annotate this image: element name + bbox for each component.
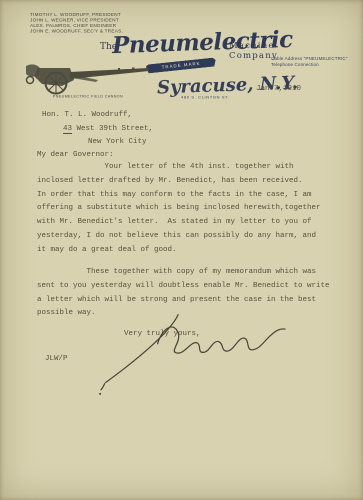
- officer-line: JOHN E. WOODRUFF, SEC'Y & TREAS.: [30, 29, 123, 34]
- recipient-name: Hon. T. L. Woodruff,: [42, 109, 132, 123]
- recipient-city: New York City: [88, 136, 147, 150]
- trade-mark-label: TRADE MARK: [161, 61, 200, 69]
- recipient-street-number: 43: [63, 125, 72, 134]
- body-paragraph-1: Your letter of the 4th inst. together wi…: [37, 161, 349, 258]
- cannon-caption: PNEUMELECTRIC FIELD CANNON: [45, 95, 132, 99]
- trade-mark-ribbon: TRADE MARK: [146, 57, 217, 73]
- letter-scan: TIMOTHY L. WOODRUFF, PRESIDENT JOHN L. W…: [0, 0, 363, 500]
- cable-address-block: Cable Address "PNEUMELECTRIC" Telephone …: [271, 56, 348, 68]
- recipient-street-rest: West 39th Street,: [72, 125, 153, 133]
- telephone-line: Telephone Connection: [271, 62, 348, 68]
- date: Jan.7,1910: [256, 83, 301, 97]
- cannon-icon: [12, 56, 152, 96]
- typist-initials: JLW/P: [45, 353, 68, 367]
- officers-list: TIMOTHY L. WOODRUFF, PRESIDENT JOHN L. W…: [30, 13, 123, 35]
- recipient-street: 43 West 39th Street,: [63, 123, 153, 137]
- signature-icon: [82, 302, 301, 397]
- street-address-small: 480 S. CLINTON ST.: [181, 96, 230, 100]
